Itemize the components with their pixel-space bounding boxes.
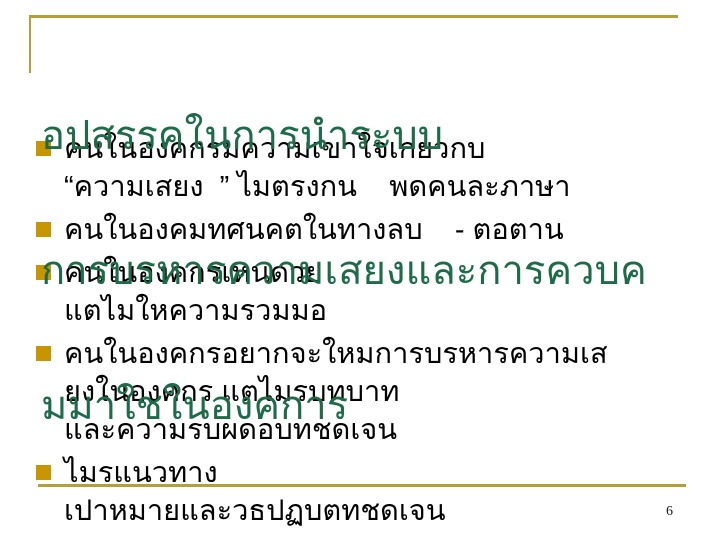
presentation-slide: อปสรรคในการนำระบบ การบรหารความเสยงและการ… — [0, 0, 720, 540]
left-border-line — [29, 15, 31, 73]
slide-title-line: การบรหารความเสยงและการควบค — [41, 249, 686, 294]
slide-title-line: อปสรรคในการนำระบบ — [41, 114, 686, 159]
slide-title-line: มมาใชในองคการ — [41, 384, 686, 429]
slide-title: อปสรรคในการนำระบบ การบรหารความเสยงและการ… — [41, 24, 686, 519]
top-border-line — [29, 15, 678, 18]
